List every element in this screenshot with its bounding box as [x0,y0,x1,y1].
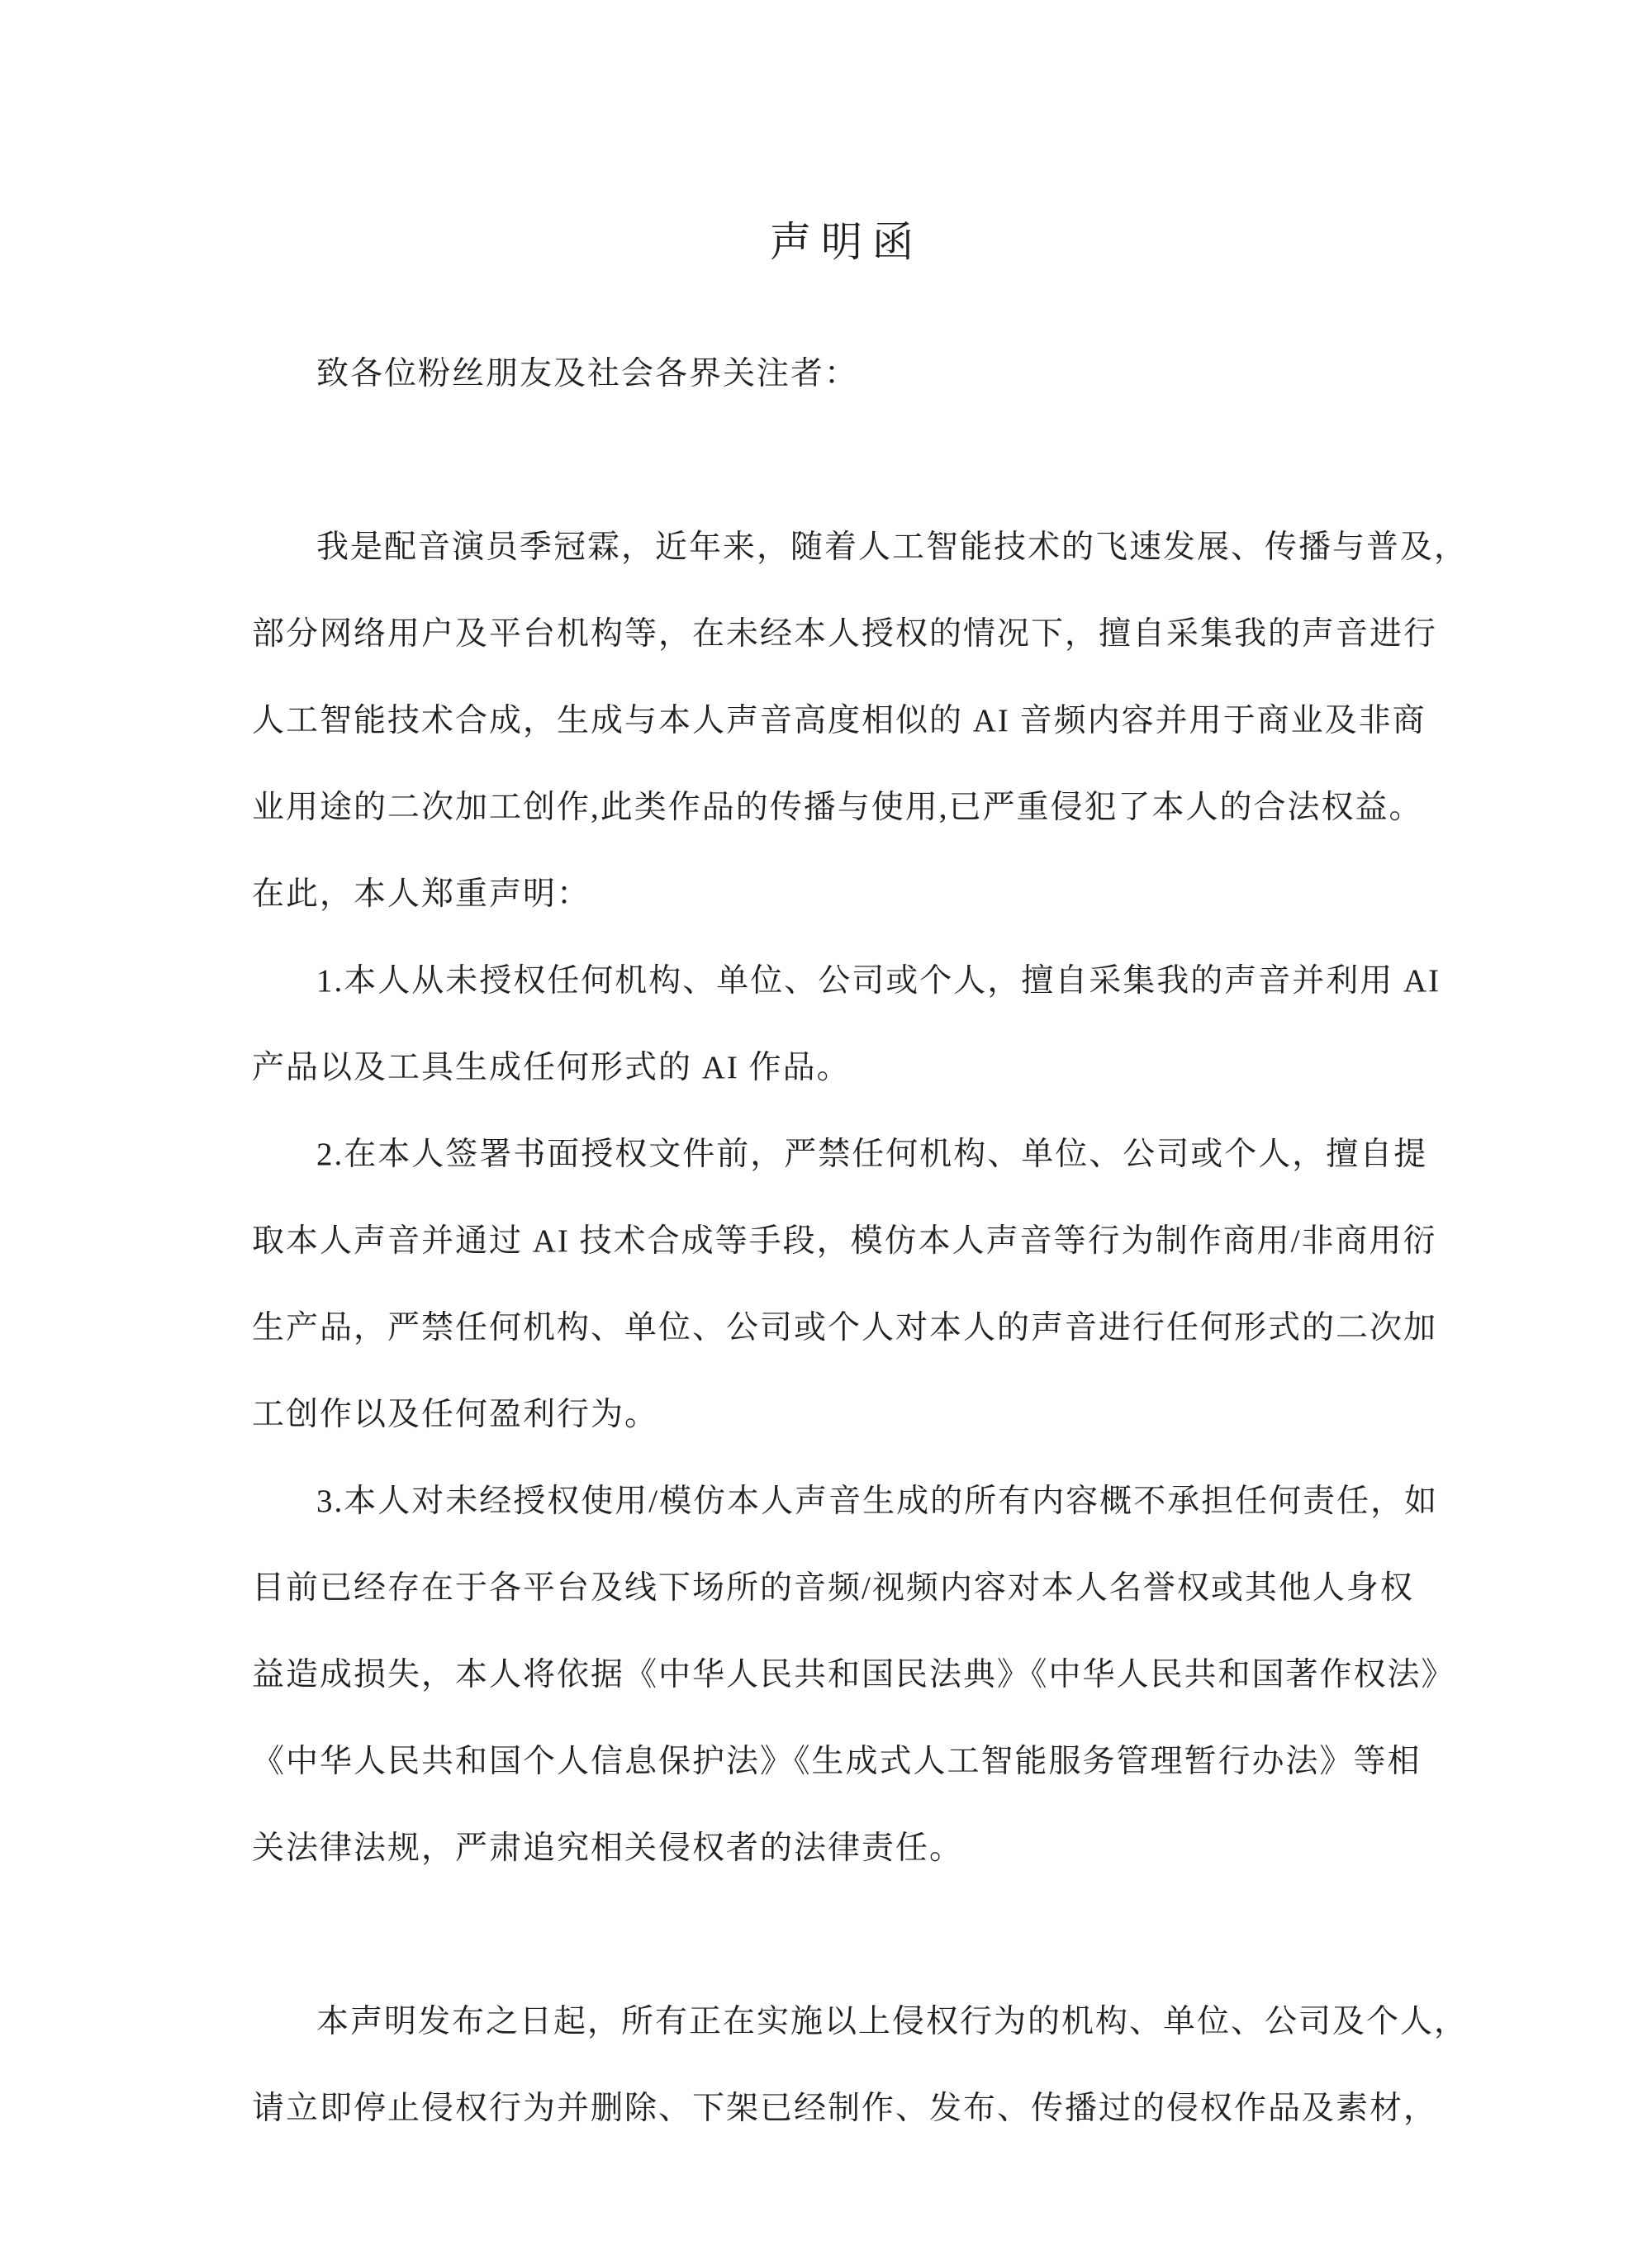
text-line: 关法律法规，严肃追究相关侵权者的法律责任。 [252,1805,1441,1892]
document-content: 声明函 致各位粉丝朋友及社会各界关注者： 我是配音演员季冠霖，近年来，随着人工智… [252,0,1441,2152]
text-line: 业用途的二次加工创作,此类作品的传播与使用,已严重侵犯了本人的合法权益。 [252,764,1441,851]
text-line: 人工智能技术合成，生成与本人声音高度相似的 AI 音频内容并用于商业及非商 [252,677,1441,764]
document-title: 声明函 [252,199,1441,286]
text-line: 产品以及工具生成任何形式的 AI 作品。 [252,1024,1441,1111]
text-line: 益造成损失，本人将依据《中华人民共和国民法典》《中华人民共和国著作权法》 [252,1631,1441,1718]
salutation-line: 致各位粉丝朋友及社会各界关注者： [252,330,1441,417]
blank-line [252,417,1441,504]
text-line: 工创作以及任何盈利行为。 [252,1371,1441,1458]
text-line: 在此，本人郑重声明： [252,851,1441,938]
text-line: 取本人声音并通过 AI 技术合成等手段，模仿本人声音等行为制作商用/非商用衍 [252,1198,1441,1284]
text-line: 目前已经存在于各平台及线下场所的音频/视频内容对本人名誉权或其他人身权 [252,1545,1441,1631]
text-line: 《中华人民共和国个人信息保护法》《生成式人工智能服务管理暂行办法》等相 [252,1718,1441,1805]
text-line: 生产品，严禁任何机构、单位、公司或个人对本人的声音进行任何形式的二次加 [252,1284,1441,1371]
document-page: 声明函 致各位粉丝朋友及社会各界关注者： 我是配音演员季冠霖，近年来，随着人工智… [0,0,1652,2241]
text-line: 2.在本人签署书面授权文件前，严禁任何机构、单位、公司或个人，擅自提 [252,1111,1441,1198]
text-line: 1.本人从未授权任何机构、单位、公司或个人，擅自采集我的声音并利用 AI [252,938,1441,1024]
text-line: 请立即停止侵权行为并删除、下架已经制作、发布、传播过的侵权作品及素材， [252,2065,1441,2152]
text-line: 3.本人对未经授权使用/模仿本人声音生成的所有内容概不承担任何责任，如 [252,1458,1441,1545]
text-line: 我是配音演员季冠霖，近年来，随着人工智能技术的飞速发展、传播与普及， [252,504,1441,591]
document-body: 我是配音演员季冠霖，近年来，随着人工智能技术的飞速发展、传播与普及，部分网络用户… [252,417,1441,2152]
blank-line [252,1892,1441,1978]
text-line: 部分网络用户及平台机构等，在未经本人授权的情况下，擅自采集我的声音进行 [252,591,1441,677]
text-line: 本声明发布之日起，所有正在实施以上侵权行为的机构、单位、公司及个人， [252,1978,1441,2065]
